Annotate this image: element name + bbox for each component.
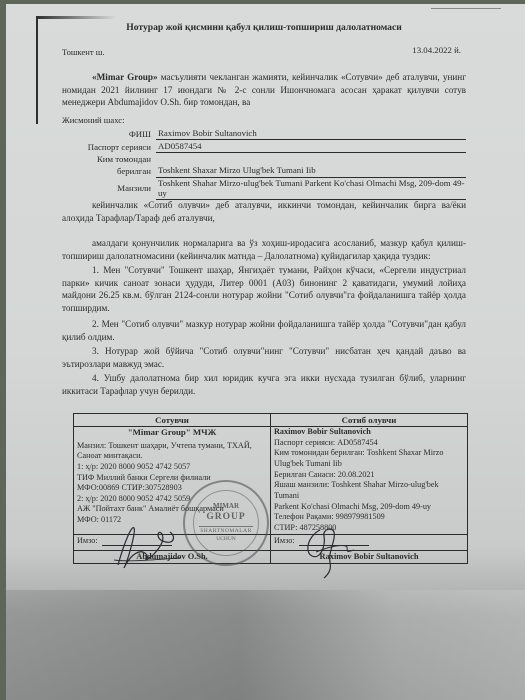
individual-label: Жисмоний шахс:	[62, 115, 124, 127]
buyer-details: Raximov Bobir Sultanovich Паспорт серияс…	[271, 427, 468, 535]
buyer-header: Сотиб олувчи	[271, 414, 468, 427]
stamp-center-text: GROUP	[185, 512, 267, 522]
buyer-sign-label: Имзо:	[274, 536, 295, 545]
field-row-issued-by: Ким томондан берилган Toshkent Shaxar Mi…	[62, 153, 466, 177]
document-title: Нотурар жой қисмини қабул қилиш-топшириш…	[62, 21, 466, 34]
signature-table: Сотувчи Сотиб олувчи "Mimar Group" МЧЖ М…	[73, 413, 468, 564]
city-label: Тошкент ш.	[62, 47, 105, 59]
document-date: 13.04.2022 й.	[412, 44, 461, 56]
buyer-name: Raximov Bobir Sultanovich	[274, 427, 464, 438]
paragraph-item-2: 2. Мен "Сотиб олувчи" мазкур нотурар жой…	[62, 318, 466, 343]
field-value-issued-by: Toshkent Shaxar Mirzo Ulug'bek Tumani Ii…	[156, 164, 466, 177]
binder-mark	[36, 16, 38, 124]
intro-paragraph: «Mimar Group» масъулияти чекланган жамия…	[62, 71, 466, 109]
seller-header: Сотувчи	[74, 414, 271, 427]
field-row-passport: Паспорт серияси AD0587454	[62, 140, 466, 153]
buyer-issued-by-2: Ulug'bek Tumani Iib	[274, 459, 464, 470]
field-label: Ким томондан берилган	[62, 153, 156, 177]
buyer-issue-date: Берилган Санаси: 20.08.2021	[274, 470, 464, 481]
buyer-stir: СТИР: 487258800	[274, 523, 464, 534]
company-name: «Mimar Group»	[92, 72, 158, 82]
field-row-address: Манзили Toshkent Shahar Mirzo-ulug'bek T…	[62, 178, 466, 201]
stamp-divider	[199, 526, 253, 527]
seller-account-1: 1: ҳ/р: 2020 8000 9052 4742 5057	[77, 462, 267, 473]
buyer-sign-cell: Имзо:	[271, 535, 468, 551]
paragraph-item-4: 4. Ушбу далолатнома бир хил юридик кучга…	[62, 372, 466, 397]
buyer-signer-name: Raximov Bobir Sultanovich	[271, 551, 468, 564]
stamp-top-text: MIMAR	[185, 502, 267, 510]
buyer-phone: Телефон Рақами: 998979981509	[274, 512, 464, 523]
paragraph-buyer-def: кейинчалик «Сотиб олувчи» деб аталувчи, …	[62, 199, 466, 224]
field-value-address: Toshkent Shahar Mirzo-ulug'bek Tumani Pa…	[156, 178, 466, 201]
field-value-name: Raximov Bobir Sultanovich	[156, 127, 466, 140]
seller-name: "Mimar Group" МЧЖ	[77, 427, 267, 438]
buyer-passport: Паспорт серияси: AD0587454	[274, 438, 464, 449]
buyer-address: Яшаш манзили: Toshkent Shahar Mirzo-ulug…	[274, 480, 464, 501]
stamp-sub-text: SHARTNOMALAR	[185, 528, 267, 534]
field-label: ФИШ	[62, 128, 156, 140]
field-row-fish: ФИШ Raximov Bobir Sultanovich	[62, 127, 466, 140]
buyer-fields: ФИШ Raximov Bobir Sultanovich Паспорт се…	[62, 127, 466, 200]
stamp-sub-text-2: UCHUN	[185, 536, 267, 542]
stamp-inner-ring	[193, 490, 259, 556]
field-label: Манзили	[62, 182, 156, 200]
field-value-passport: AD0587454	[156, 140, 466, 153]
paragraph-item-1: 1. Мен "Сотувчи" Тошкент шаҳар, Янгиҳаёт…	[62, 264, 466, 315]
field-label: Паспорт серияси	[62, 141, 156, 153]
binder-mark-top	[36, 16, 116, 19]
seller-sign-label: Имзо:	[77, 536, 98, 545]
seller-address: Манзил: Тошкент шаҳари, Учтепа тумани, Т…	[77, 441, 267, 452]
buyer-address-2: Parkent Ko'chasi Olmachi Msg, 209-dom 49…	[274, 502, 464, 513]
paragraph-legal-basis: амалдаги қонунчилик нормаларига ва ўз хо…	[62, 237, 466, 262]
buyer-sign-line	[299, 536, 369, 546]
paragraph-item-3: 3. Нотурар жой бўйича "Сотиб олувчи"нинг…	[62, 345, 466, 370]
seller-sign-line	[102, 536, 172, 546]
seller-address-2: Саноат минтақаси.	[77, 451, 267, 462]
company-stamp: MIMAR GROUP SHARTNOMALAR UCHUN	[183, 480, 269, 566]
buyer-issued-by: Ким томонидан берилган: Toshkent Shaxar …	[274, 448, 464, 459]
paper-edge-mark	[431, 8, 501, 9]
